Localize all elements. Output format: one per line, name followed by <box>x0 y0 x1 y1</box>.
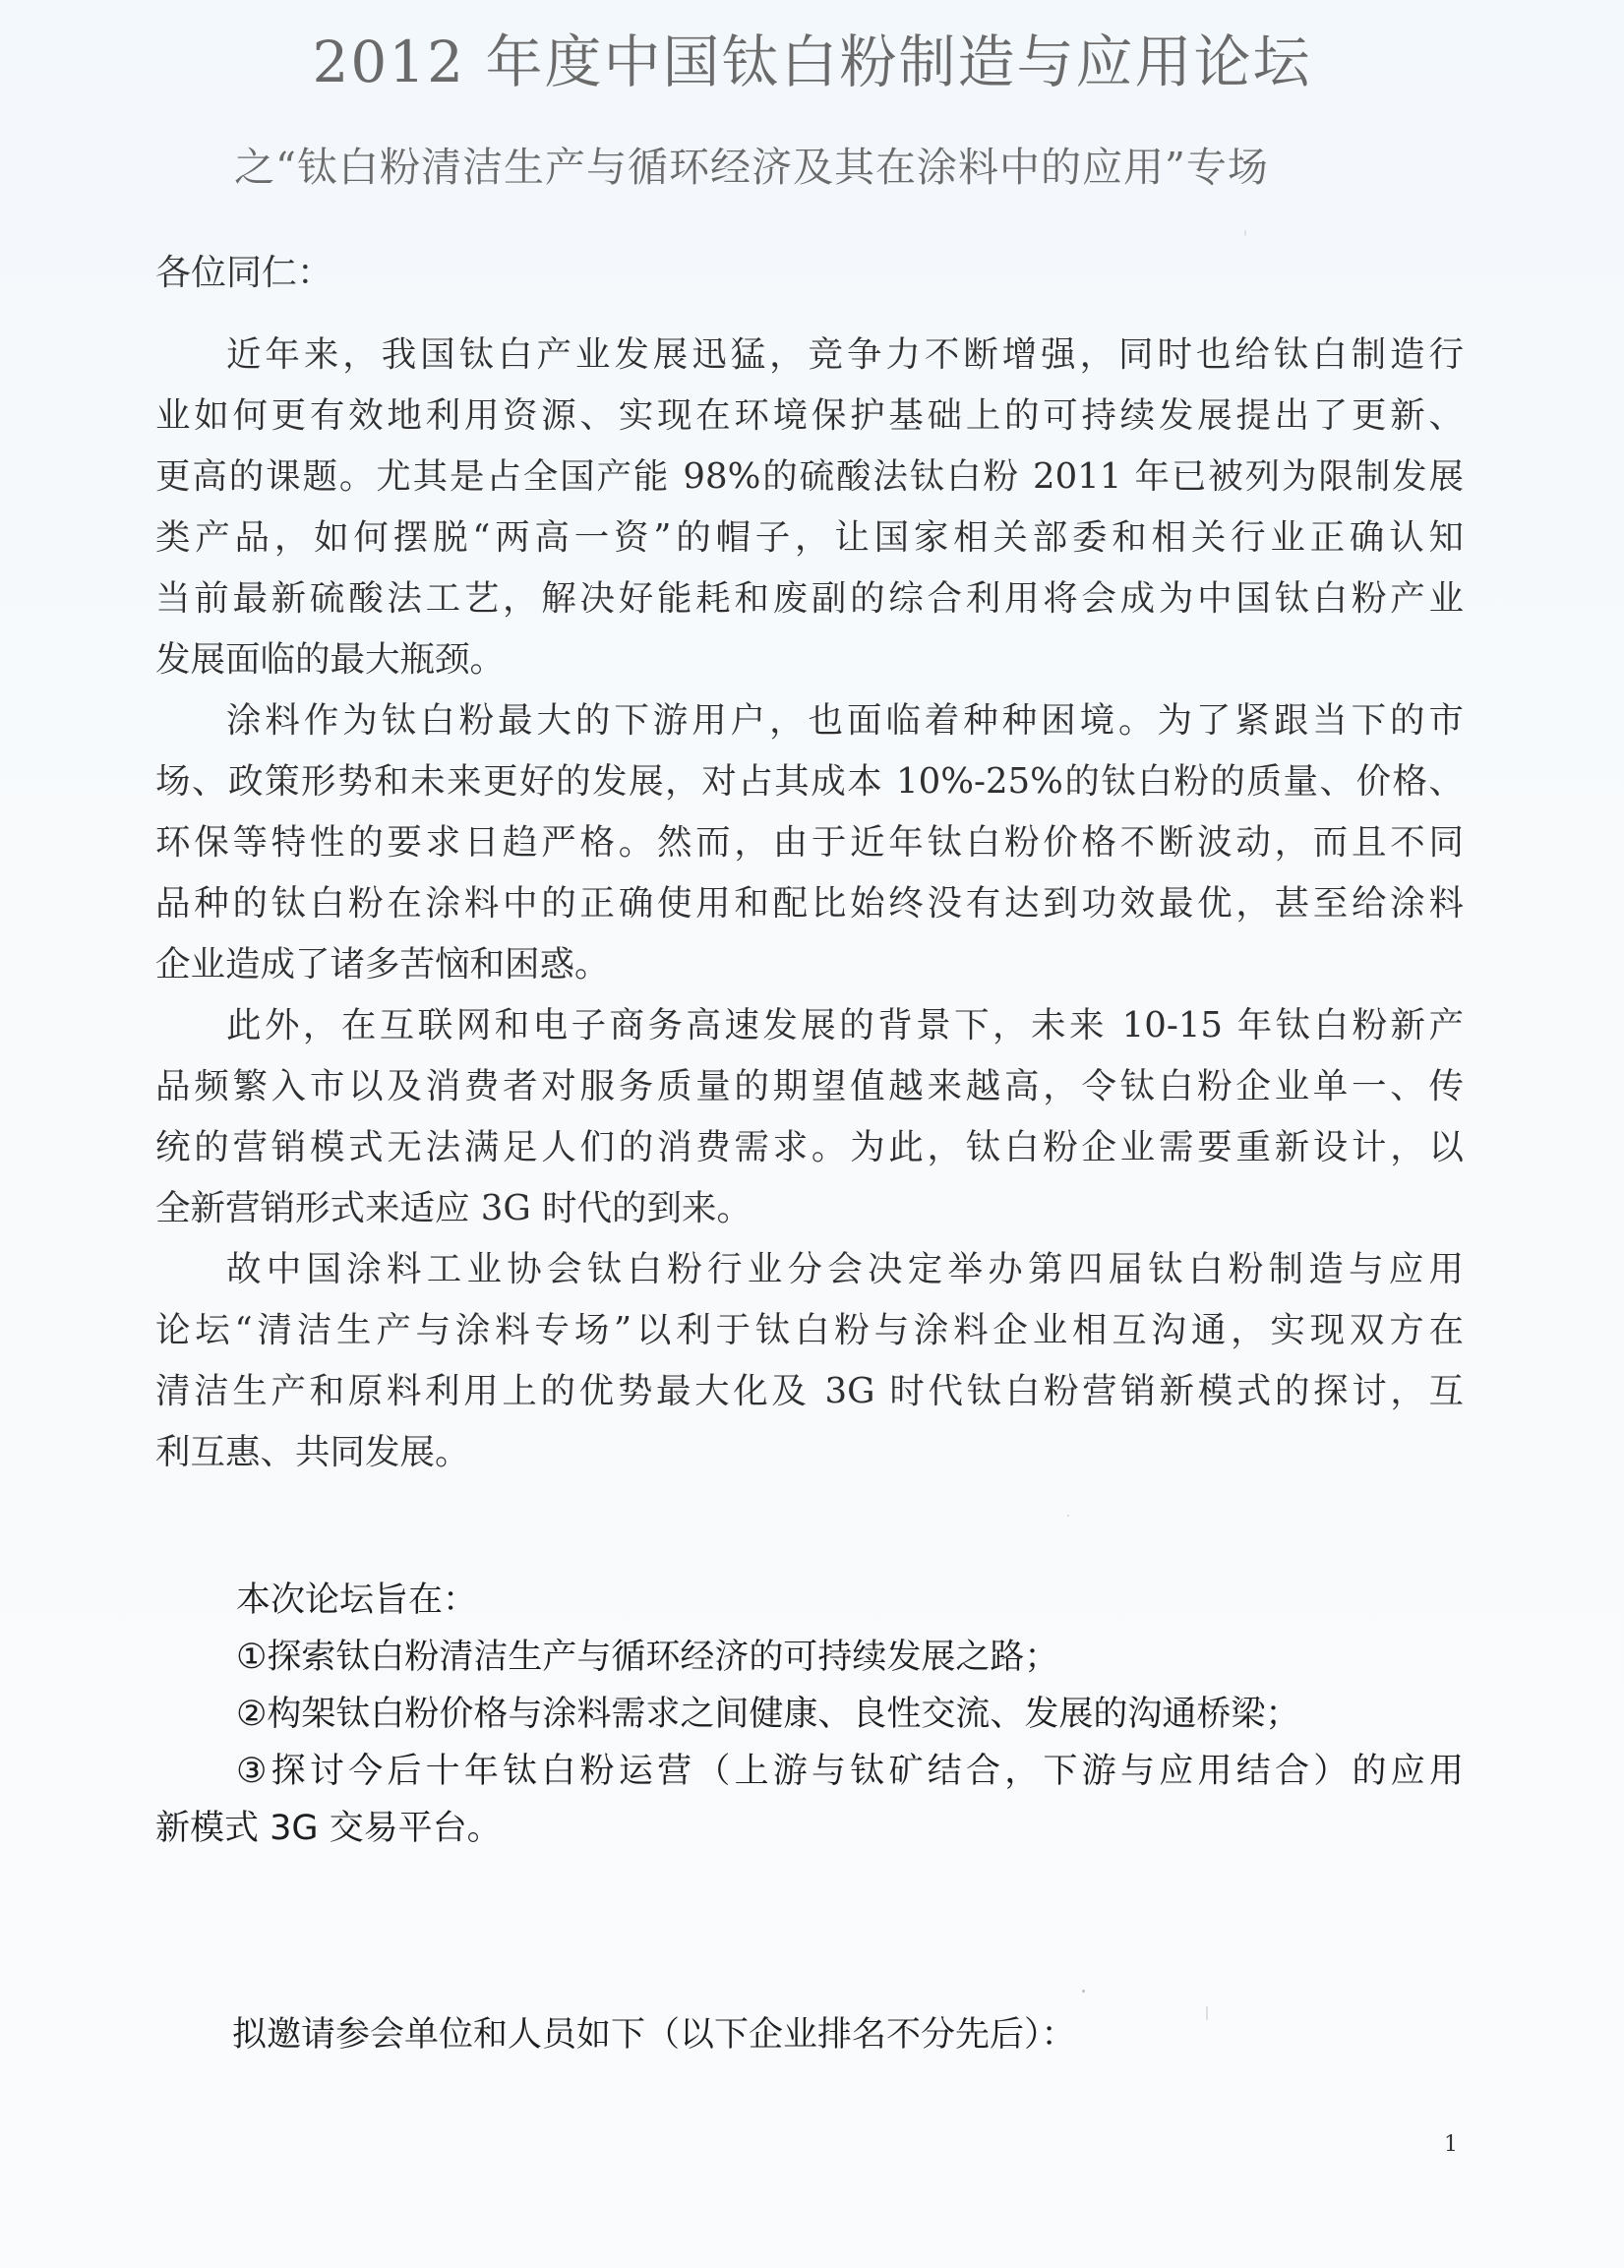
text-line: 环保等特性的要求日趋严格。然而，由于近年钛白粉价格不断波动，而且不同 <box>155 812 1464 873</box>
aims-heading: 本次论坛旨在： <box>155 1572 1464 1629</box>
text-line: 近年来，我国钛白产业发展迅猛，竞争力不断增强，同时也给钛白制造行 <box>155 325 1464 386</box>
scan-speck <box>1067 1515 1069 1517</box>
document-title: 2012 年度中国钛白粉制造与应用论坛 <box>0 30 1624 94</box>
paragraph-2: 涂料作为钛白粉最大的下游用户，也面临着种种困境。为了紧跟当下的市 场、政策形势和… <box>155 690 1464 995</box>
text-line: 此外，在互联网和电子商务高速发展的背景下，未来 10-15 年钛白粉新产 <box>155 995 1464 1056</box>
greeting: 各位同仁： <box>155 252 332 295</box>
document-subtitle: 之“钛白粉清洁生产与循环经济及其在涂料中的应用”专场 <box>234 144 1269 191</box>
text-line: 当前最新硫酸法工艺，解决好能耗和废副的综合利用将会成为中国钛白粉产业 <box>155 568 1464 629</box>
page-number: 1 <box>1444 2132 1458 2158</box>
document-page: 2012 年度中国钛白粉制造与应用论坛 之“钛白粉清洁生产与循环经济及其在涂料中… <box>0 0 1624 2268</box>
aim-item-3-continuation: 新模式 3G 交易平台。 <box>155 1800 1464 1857</box>
text-line: 发展面临的最大瓶颈。 <box>155 629 1464 690</box>
text-line: 利互惠、共同发展。 <box>155 1422 1464 1483</box>
title-text: 2012 年度中国钛白粉制造与应用论坛 <box>312 30 1311 94</box>
aim-item-1: ①探索钛白粉清洁生产与循环经济的可持续发展之路； <box>155 1629 1464 1686</box>
text-line: 品频繁入市以及消费者对服务质量的期望值越来越高，令钛白粉企业单一、传 <box>155 1056 1464 1117</box>
text-line: 全新营销形式来适应 3G 时代的到来。 <box>155 1178 1464 1239</box>
invitation-heading: 拟邀请参会单位和人员如下（以下企业排名不分先后）： <box>232 2010 1076 2059</box>
paragraph-1: 近年来，我国钛白产业发展迅猛，竞争力不断增强，同时也给钛白制造行 业如何更有效地… <box>155 325 1464 690</box>
text-line: 类产品，如何摆脱“两高一资”的帽子，让国家相关部委和相关行业正确认知 <box>155 507 1464 568</box>
text-line: 统的营销模式无法满足人们的消费需求。为此，钛白粉企业需要重新设计，以 <box>155 1117 1464 1178</box>
text-line: 更高的课题。尤其是占全国产能 98%的硫酸法钛白粉 2011 年已被列为限制发展 <box>155 447 1464 507</box>
text-line: 品种的钛白粉在涂料中的正确使用和配比始终没有达到功效最优，甚至给涂料 <box>155 873 1464 934</box>
text-line: 清洁生产和原料利用上的优势最大化及 3G 时代钛白粉营销新模式的探讨，互 <box>155 1361 1464 1422</box>
scan-speck <box>1244 230 1246 236</box>
text-line: 场、政策形势和未来更好的发展，对占其成本 10%-25%的钛白粉的质量、价格、 <box>155 751 1464 812</box>
text-line: 业如何更有效地利用资源、实现在环境保护基础上的可持续发展提出了更新、 <box>155 386 1464 447</box>
text-line: 企业造成了诸多苦恼和困惑。 <box>155 934 1464 995</box>
paragraph-4: 故中国涂料工业协会钛白粉行业分会决定举办第四届钛白粉制造与应用 论坛“清洁生产与… <box>155 1239 1464 1483</box>
scan-speck <box>1206 2006 1208 2020</box>
aim-item-3: ③探讨今后十年钛白粉运营（上游与钛矿结合，下游与应用结合）的应用 <box>155 1743 1464 1800</box>
aim-item-2: ②构架钛白粉价格与涂料需求之间健康、良性交流、发展的沟通桥梁； <box>155 1686 1464 1743</box>
paragraph-3: 此外，在互联网和电子商务高速发展的背景下，未来 10-15 年钛白粉新产 品频繁… <box>155 995 1464 1239</box>
body-text: 近年来，我国钛白产业发展迅猛，竞争力不断增强，同时也给钛白制造行 业如何更有效地… <box>155 325 1464 1483</box>
text-line: 涂料作为钛白粉最大的下游用户，也面临着种种困境。为了紧跟当下的市 <box>155 690 1464 751</box>
forum-aims: 本次论坛旨在： ①探索钛白粉清洁生产与循环经济的可持续发展之路； ②构架钛白粉价… <box>155 1572 1464 1857</box>
text-line: 故中国涂料工业协会钛白粉行业分会决定举办第四届钛白粉制造与应用 <box>155 1239 1464 1300</box>
scan-speck <box>1082 1990 1085 1993</box>
text-line: 论坛“清洁生产与涂料专场”以利于钛白粉与涂料企业相互沟通，实现双方在 <box>155 1300 1464 1361</box>
